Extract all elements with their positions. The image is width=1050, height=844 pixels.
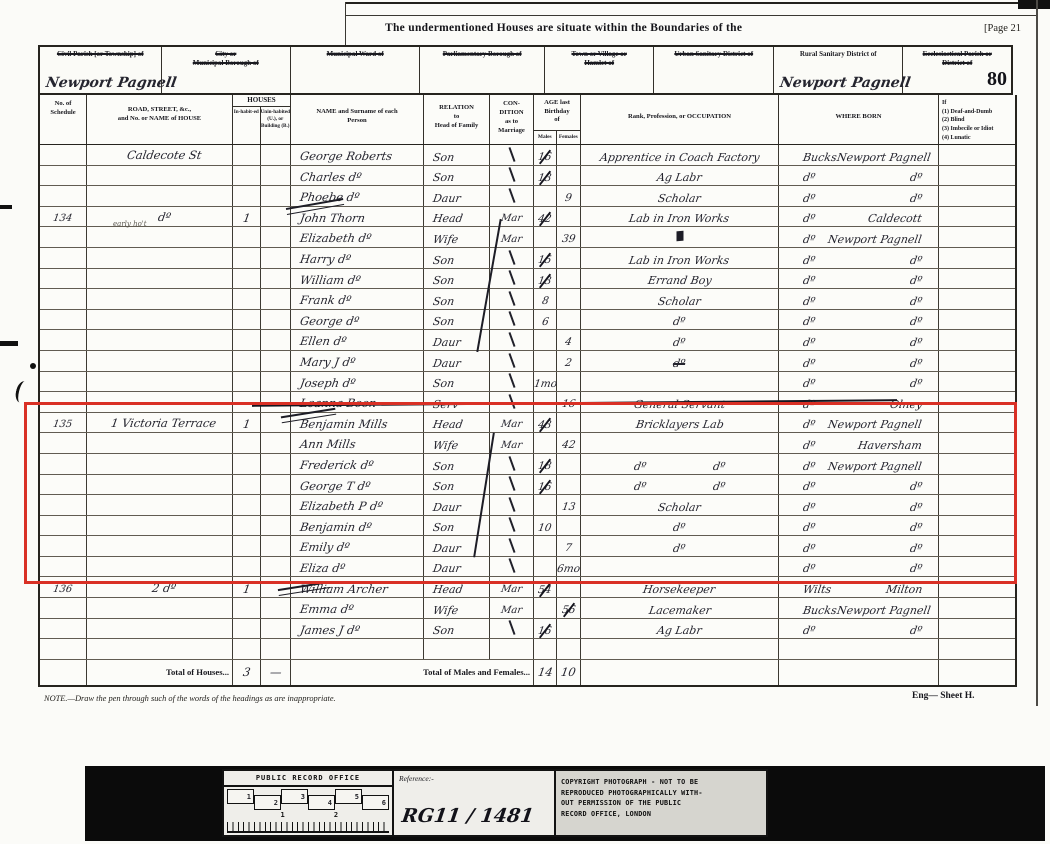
copyright-line: REPRODUCED PHOTOGRAPHICALLY WITH- bbox=[561, 788, 761, 799]
cell-condition bbox=[490, 186, 534, 206]
totals-males: 14 bbox=[534, 660, 557, 685]
cell-houses-inhabited bbox=[233, 289, 261, 309]
cell-age-male: 1mo bbox=[534, 372, 557, 392]
cell-condition bbox=[490, 289, 534, 309]
cell-person-name: Charles dº bbox=[291, 166, 424, 186]
cell-age-male: 13 bbox=[534, 166, 557, 186]
census-row: George dºSon6dºdºdº bbox=[40, 310, 1015, 331]
cell-relation: Son bbox=[424, 372, 490, 392]
cell-age-male bbox=[534, 227, 557, 247]
cell-age-female: 2 bbox=[557, 351, 581, 371]
boundary-label: Rural Sanitary District of bbox=[774, 50, 902, 59]
copyright-line: RECORD OFFICE, LONDON bbox=[561, 809, 761, 820]
cell-houses-inhabited: 1 bbox=[233, 207, 261, 227]
cell-disability bbox=[939, 310, 1015, 330]
cell-disability bbox=[939, 186, 1015, 206]
scale-number: 3 bbox=[281, 789, 308, 804]
census-row: Charles dºSon13Ag Labrdºdº bbox=[40, 166, 1015, 187]
cell-age-male bbox=[534, 598, 557, 618]
cell-houses-uninhabited bbox=[261, 351, 291, 371]
cell-relation: Head bbox=[424, 207, 490, 227]
cell-schedule-number bbox=[40, 269, 87, 289]
cell-road-street bbox=[87, 330, 233, 350]
highlight-red-box bbox=[24, 402, 1017, 584]
cell-schedule-number bbox=[40, 186, 87, 206]
tick-mark bbox=[508, 332, 515, 347]
top-fragment-line bbox=[345, 15, 1038, 16]
cell-person-name: Ellen dº bbox=[291, 330, 424, 350]
cell-relation: Daur bbox=[424, 351, 490, 371]
cell-houses-uninhabited bbox=[261, 186, 291, 206]
scale-number: 2 bbox=[334, 811, 338, 819]
cell-age-female bbox=[557, 145, 581, 165]
cell-relation: Son bbox=[424, 269, 490, 289]
cell-where-born: dºdº bbox=[779, 330, 939, 350]
boundary-handwritten-value: Newport Pagnell bbox=[779, 76, 912, 90]
column-headers: No. of Schedule ROAD, STREET, &c., and N… bbox=[40, 95, 1015, 145]
cell-disability bbox=[939, 207, 1015, 227]
cell-condition bbox=[490, 248, 534, 268]
col-label: and No. or NAME of HOUSE bbox=[87, 115, 232, 124]
cell-person-name: William dº bbox=[291, 269, 424, 289]
stamp-office-title: PUBLIC RECORD OFFICE bbox=[224, 771, 392, 787]
cell-road-street bbox=[87, 619, 233, 639]
cell-person-name: George Roberts bbox=[291, 145, 424, 165]
col-label: Marriage bbox=[490, 127, 533, 136]
cell-age-male: 16 bbox=[534, 145, 557, 165]
cell-condition bbox=[490, 330, 534, 350]
cell-age-female bbox=[557, 619, 581, 639]
cell-houses-uninhabited bbox=[261, 619, 291, 639]
top-fragment-line bbox=[345, 2, 1038, 4]
top-fragment-line bbox=[345, 2, 346, 45]
col-label: RELATION bbox=[424, 100, 489, 113]
census-row: Mary J dºDaur2dºdºdº bbox=[40, 351, 1015, 372]
col-label: Head of Family bbox=[424, 122, 489, 131]
col-label-males: Males bbox=[534, 131, 557, 144]
cell-disability bbox=[939, 639, 1015, 659]
stamp-inch-scale: 123456 bbox=[224, 787, 392, 813]
cell-person-name bbox=[291, 639, 424, 659]
cell-schedule-number bbox=[40, 372, 87, 392]
col-label: Person bbox=[291, 117, 423, 126]
reference-value: RG11 / 1481 bbox=[400, 805, 535, 827]
cell-occupation: Errand Boy bbox=[581, 269, 779, 289]
cell-houses-inhabited bbox=[233, 145, 261, 165]
big-page-number: 80 bbox=[987, 68, 1007, 91]
census-row: 134dºearly ho't1John ThornHeadMar42Lab i… bbox=[40, 207, 1015, 228]
tick-mark bbox=[508, 250, 515, 265]
col-label: CON- bbox=[490, 100, 533, 109]
cell-age-male bbox=[534, 186, 557, 206]
cell-where-born: dºdº bbox=[779, 186, 939, 206]
col-label: to bbox=[424, 113, 489, 122]
cell-schedule-number: 134 bbox=[40, 207, 87, 227]
tick-mark bbox=[508, 147, 515, 162]
boundary-label: City or bbox=[162, 50, 290, 59]
page-reference: [Page 21 bbox=[984, 23, 1021, 34]
cell-schedule-number bbox=[40, 330, 87, 350]
census-row bbox=[40, 639, 1015, 660]
cell-schedule-number bbox=[40, 619, 87, 639]
cell-occupation bbox=[581, 639, 779, 659]
col-where-born: WHERE BORN bbox=[779, 95, 939, 144]
cell-disability bbox=[939, 372, 1015, 392]
boundary-field: Rural Sanitary District ofNewport Pagnel… bbox=[774, 47, 903, 93]
cell-occupation: dº bbox=[581, 351, 779, 371]
cell-occupation bbox=[581, 227, 779, 247]
cell-person-name: Harry dº bbox=[291, 248, 424, 268]
scale-number: 2 bbox=[254, 795, 281, 810]
cell-disability bbox=[939, 227, 1015, 247]
cell-where-born: dºdº bbox=[779, 310, 939, 330]
boundary-label: Urban Sanitary District of bbox=[654, 50, 773, 59]
scan-bottom-band: PUBLIC RECORD OFFICE 123456 12 Reference… bbox=[85, 766, 1045, 841]
copyright-line: OUT PERMISSION OF THE PUBLIC bbox=[561, 798, 761, 809]
boundary-field: Town or Village orHamlet of bbox=[545, 47, 655, 93]
scan-edge-mark bbox=[30, 363, 36, 369]
cell-houses-uninhabited bbox=[261, 227, 291, 247]
cell-condition bbox=[490, 639, 534, 659]
boundary-field: Civil Parish [or Township] ofNewport Pag… bbox=[40, 47, 162, 93]
cell-person-name: Elizabeth dº bbox=[291, 227, 424, 247]
cell-where-born bbox=[779, 639, 939, 659]
cell-where-born: dºdº bbox=[779, 351, 939, 371]
cell-disability bbox=[939, 145, 1015, 165]
cell-road-street bbox=[87, 639, 233, 659]
stamp-ruler-section: PUBLIC RECORD OFFICE 123456 12 bbox=[224, 771, 394, 835]
tick-mark bbox=[508, 373, 515, 388]
tick-mark bbox=[508, 620, 515, 635]
cell-relation: Son bbox=[424, 289, 490, 309]
cell-houses-uninhabited bbox=[261, 166, 291, 186]
cell-disability bbox=[939, 269, 1015, 289]
col-label: NAME and Surname of each bbox=[291, 100, 423, 117]
cell-houses-inhabited bbox=[233, 269, 261, 289]
census-row: James J dºSon16Ag Labrdºdº bbox=[40, 619, 1015, 640]
cell-condition bbox=[490, 166, 534, 186]
cell-houses-inhabited bbox=[233, 330, 261, 350]
cell-schedule-number bbox=[40, 248, 87, 268]
cell-age-male: 13 bbox=[534, 269, 557, 289]
cell-occupation: Scholar bbox=[581, 289, 779, 309]
cell-road-street bbox=[87, 598, 233, 618]
boundary-field: Urban Sanitary District of bbox=[654, 47, 774, 93]
col-relation: RELATION to Head of Family bbox=[424, 95, 490, 144]
sheet-caption: The undermentioned Houses are situate wi… bbox=[385, 22, 742, 34]
boundary-label: Civil Parish [or Township] of bbox=[40, 50, 161, 59]
cell-person-name: George dº bbox=[291, 310, 424, 330]
cell-blank bbox=[779, 660, 939, 685]
cell-where-born: dºdº bbox=[779, 372, 939, 392]
cell-houses-uninhabited bbox=[261, 639, 291, 659]
totals-persons-label-cell: Total of Males and Females... bbox=[291, 660, 534, 685]
cell-road-street bbox=[87, 289, 233, 309]
col-label: No. of bbox=[40, 100, 86, 109]
cell-houses-uninhabited bbox=[261, 330, 291, 350]
col-label: ROAD, STREET, &c., bbox=[87, 100, 232, 115]
totals-females: 10 bbox=[557, 660, 581, 685]
cell-relation: Son bbox=[424, 248, 490, 268]
cell-where-born: dºdº bbox=[779, 166, 939, 186]
scale-number: 4 bbox=[308, 795, 335, 810]
cell-condition bbox=[490, 372, 534, 392]
cell-road-street: Caldecote St bbox=[87, 145, 233, 165]
census-row: William dºSon13Errand Boydºdº bbox=[40, 269, 1015, 290]
reference-label: Reference:- bbox=[399, 774, 549, 783]
cell-schedule-number bbox=[40, 166, 87, 186]
tick-mark bbox=[508, 188, 515, 203]
cell-disability bbox=[939, 248, 1015, 268]
cell-person-name: James J dº bbox=[291, 619, 424, 639]
cell-road-street bbox=[87, 310, 233, 330]
cell-road-street bbox=[87, 248, 233, 268]
cell-relation: Son bbox=[424, 145, 490, 165]
cell-where-born: dºNewport Pagnell bbox=[779, 227, 939, 247]
col-label: AGE last bbox=[534, 99, 580, 108]
cell-houses-inhabited bbox=[233, 166, 261, 186]
stamp-reference-section: Reference:- RG11 / 1481 bbox=[394, 771, 556, 835]
cell-houses-inhabited bbox=[233, 598, 261, 618]
col-label: If bbox=[942, 99, 1015, 108]
totals-houses-label: Total of Houses... bbox=[87, 667, 232, 677]
cell-where-born: BucksNewport Pagnell bbox=[779, 598, 939, 618]
stamp-copyright-section: COPYRIGHT PHOTOGRAPH - NOT TO BEREPRODUC… bbox=[556, 771, 766, 835]
col-label: (3) Imbecile or Idiot bbox=[942, 125, 1015, 134]
cell-schedule-number bbox=[40, 145, 87, 165]
col-label: (2) Blind bbox=[942, 116, 1015, 125]
cell-occupation: Lacemaker bbox=[581, 598, 779, 618]
cell-age-male bbox=[534, 351, 557, 371]
cell-road-street bbox=[87, 186, 233, 206]
census-row: Frank dºSon8Scholardºdº bbox=[40, 289, 1015, 310]
totals-row: Total of Houses... 3 — Total of Males an… bbox=[40, 660, 1015, 687]
cell-person-name: Emma dº bbox=[291, 598, 424, 618]
cell-condition: Mar bbox=[490, 207, 534, 227]
cell-schedule-number bbox=[40, 351, 87, 371]
cell-houses-inhabited bbox=[233, 227, 261, 247]
boundary-label: Municipal Borough of bbox=[162, 59, 290, 68]
cell-schedule-number bbox=[40, 639, 87, 659]
cell-houses-uninhabited bbox=[261, 598, 291, 618]
tick-mark bbox=[508, 311, 515, 326]
cell-relation bbox=[424, 639, 490, 659]
cell-age-male: 8 bbox=[534, 289, 557, 309]
cell-houses-uninhabited bbox=[261, 310, 291, 330]
cell-road-street bbox=[87, 372, 233, 392]
cell-age-female: 56 bbox=[557, 598, 581, 618]
cell-blank bbox=[581, 660, 779, 685]
cell-age-male bbox=[534, 639, 557, 659]
cell-schedule-number bbox=[40, 310, 87, 330]
census-row: Caldecote StGeorge RobertsSon16Apprentic… bbox=[40, 145, 1015, 166]
cell-condition bbox=[490, 351, 534, 371]
col-label-inhabited: In-habit-ed bbox=[233, 107, 261, 144]
public-record-office-stamp: PUBLIC RECORD OFFICE 123456 12 Reference… bbox=[222, 769, 768, 837]
cell-schedule-number bbox=[40, 289, 87, 309]
cell-relation: Wife bbox=[424, 227, 490, 247]
cell-disability bbox=[939, 166, 1015, 186]
boundary-field: Municipal Ward of bbox=[291, 47, 420, 93]
census-row: Elizabeth dºWifeMar39dºNewport Pagnell bbox=[40, 227, 1015, 248]
cell-age-female bbox=[557, 248, 581, 268]
cell-houses-uninhabited bbox=[261, 248, 291, 268]
col-label: DITION bbox=[490, 109, 533, 118]
cell-disability bbox=[939, 289, 1015, 309]
cell-road-street bbox=[87, 166, 233, 186]
footer-note: NOTE.—Draw the pen through such of the w… bbox=[44, 694, 336, 703]
cell-age-female bbox=[557, 269, 581, 289]
col-label-uninhabited: Unin-habited (U.), or Building (B.) bbox=[261, 107, 290, 144]
scale-number: 6 bbox=[362, 795, 389, 810]
cell-road-street: dºearly ho't bbox=[87, 207, 233, 227]
cell-disability bbox=[939, 351, 1015, 371]
cell-age-female bbox=[557, 207, 581, 227]
cell-age-male: 16 bbox=[534, 619, 557, 639]
col-label: (1) Deaf-and-Dumb bbox=[942, 108, 1015, 117]
cell-age-female bbox=[557, 372, 581, 392]
col-label: Birthday bbox=[534, 108, 580, 117]
col-disability: If (1) Deaf-and-Dumb (2) Blind (3) Imbec… bbox=[939, 95, 1015, 144]
cell-person-name: Frank dº bbox=[291, 289, 424, 309]
tick-mark bbox=[508, 167, 515, 182]
col-occupation: Rank, Profession, or OCCUPATION bbox=[581, 95, 779, 144]
col-age: AGE last Birthday of Males Females bbox=[534, 95, 581, 144]
col-label: as to bbox=[490, 118, 533, 127]
cell-houses-inhabited bbox=[233, 619, 261, 639]
boundary-label: Parliamentary Borough of bbox=[420, 50, 543, 59]
stamp-cm-scale: 12 bbox=[227, 813, 389, 833]
cell-houses-inhabited bbox=[233, 186, 261, 206]
cell-age-female: 9 bbox=[557, 186, 581, 206]
cell-road-street bbox=[87, 351, 233, 371]
col-label: (4) Lunatic bbox=[942, 134, 1015, 143]
boundary-label: Hamlet of bbox=[545, 59, 654, 68]
cell-houses-uninhabited bbox=[261, 372, 291, 392]
cell-where-born: dºdº bbox=[779, 248, 939, 268]
cell-condition: Mar bbox=[490, 598, 534, 618]
cell-houses-uninhabited bbox=[261, 269, 291, 289]
cell-occupation: Ag Labr bbox=[581, 166, 779, 186]
cell-age-female bbox=[557, 289, 581, 309]
boundary-field: Parliamentary Borough of bbox=[420, 47, 544, 93]
census-row: Emma dºWifeMar56LacemakerBucksNewport Pa… bbox=[40, 598, 1015, 619]
scan-edge-line bbox=[1036, 0, 1038, 706]
cell-condition bbox=[490, 619, 534, 639]
boundary-label: Town or Village or bbox=[545, 50, 654, 59]
cell-person-name: Mary J dº bbox=[291, 351, 424, 371]
cell-blank bbox=[40, 660, 87, 685]
boundary-field: City orMunicipal Borough of bbox=[162, 47, 291, 93]
col-name: NAME and Surname of each Person bbox=[291, 95, 424, 144]
col-label-females: Females bbox=[557, 131, 580, 144]
cell-age-female bbox=[557, 310, 581, 330]
cell-houses-inhabited bbox=[233, 248, 261, 268]
cell-disability bbox=[939, 330, 1015, 350]
cell-houses-inhabited bbox=[233, 310, 261, 330]
sheet-label: Eng— Sheet H. bbox=[912, 691, 975, 701]
cell-where-born: dºCaldecott bbox=[779, 207, 939, 227]
cell-person-name: Joseph dº bbox=[291, 372, 424, 392]
col-road: ROAD, STREET, &c., and No. or NAME of HO… bbox=[87, 95, 233, 144]
totals-houses-label-cell: Total of Houses... bbox=[87, 660, 233, 685]
cell-schedule-number bbox=[40, 598, 87, 618]
cell-relation: Son bbox=[424, 166, 490, 186]
cell-age-male: 15 bbox=[534, 248, 557, 268]
census-row: Harry dºSon15Lab in Iron Worksdºdº bbox=[40, 248, 1015, 269]
census-row: Joseph dºSon1modºdº bbox=[40, 372, 1015, 393]
cell-age-female bbox=[557, 639, 581, 659]
totals-houses-inhabited: 3 bbox=[233, 660, 261, 685]
cell-occupation: Lab in Iron Works bbox=[581, 248, 779, 268]
cell-age-male: 42 bbox=[534, 207, 557, 227]
cell-where-born: dºdº bbox=[779, 289, 939, 309]
cell-occupation bbox=[581, 372, 779, 392]
census-scan-page: The undermentioned Houses are situate wi… bbox=[0, 0, 1050, 844]
boundary-header-row: Civil Parish [or Township] ofNewport Pag… bbox=[38, 45, 1013, 95]
cell-relation: Wife bbox=[424, 598, 490, 618]
cell-houses-inhabited bbox=[233, 351, 261, 371]
tick-mark bbox=[508, 291, 515, 306]
copyright-line: COPYRIGHT PHOTOGRAPH - NOT TO BE bbox=[561, 777, 761, 788]
col-schedule: No. of Schedule bbox=[40, 95, 87, 144]
col-label: Schedule bbox=[40, 109, 86, 118]
cell-disability bbox=[939, 598, 1015, 618]
cell-condition bbox=[490, 145, 534, 165]
cell-where-born: dºdº bbox=[779, 619, 939, 639]
cell-age-female: 4 bbox=[557, 330, 581, 350]
cell-age-female bbox=[557, 166, 581, 186]
scan-edge-mark bbox=[0, 341, 18, 346]
scale-number: 5 bbox=[335, 789, 362, 804]
cell-condition bbox=[490, 310, 534, 330]
cell-where-born: BucksNewport Pagnell bbox=[779, 145, 939, 165]
cell-age-male bbox=[534, 330, 557, 350]
boundary-label: Municipal Ward of bbox=[291, 50, 419, 59]
census-row: Ellen dºDaur4dºdºdº bbox=[40, 330, 1015, 351]
tick-mark bbox=[508, 270, 515, 285]
boundary-label: Ecclesiastical Parish or bbox=[903, 50, 1011, 59]
census-table: No. of Schedule ROAD, STREET, &c., and N… bbox=[38, 95, 1017, 687]
boundary-handwritten-value: Newport Pagnell bbox=[45, 76, 178, 90]
cell-where-born: dºdº bbox=[779, 269, 939, 289]
cell-relation: Daur bbox=[424, 186, 490, 206]
scan-edge-mark bbox=[14, 380, 32, 404]
ink-scribble bbox=[658, 229, 701, 243]
cell-occupation: Scholar bbox=[581, 186, 779, 206]
cell-occupation: Lab in Iron Works bbox=[581, 207, 779, 227]
cell-occupation: dº bbox=[581, 310, 779, 330]
cell-occupation: dº bbox=[581, 330, 779, 350]
cell-houses-uninhabited bbox=[261, 145, 291, 165]
scale-number: 1 bbox=[227, 789, 254, 804]
col-condition: CON- DITION as to Marriage bbox=[490, 95, 534, 144]
scale-number: 1 bbox=[280, 811, 284, 819]
cell-road-street bbox=[87, 227, 233, 247]
totals-houses-uninhabited: — bbox=[261, 660, 291, 685]
tick-mark bbox=[508, 353, 515, 368]
scan-edge-mark bbox=[0, 205, 12, 209]
cell-road-street bbox=[87, 269, 233, 289]
scan-edge-mark bbox=[1018, 0, 1050, 9]
census-row: Phoebe dºDaur9Scholardºdº bbox=[40, 186, 1015, 207]
cell-age-female: 39 bbox=[557, 227, 581, 247]
cell-occupation: Apprentice in Coach Factory bbox=[581, 145, 779, 165]
cell-blank bbox=[939, 660, 1015, 685]
col-label: HOUSES bbox=[233, 95, 290, 107]
cell-relation: Son bbox=[424, 619, 490, 639]
cell-disability bbox=[939, 619, 1015, 639]
